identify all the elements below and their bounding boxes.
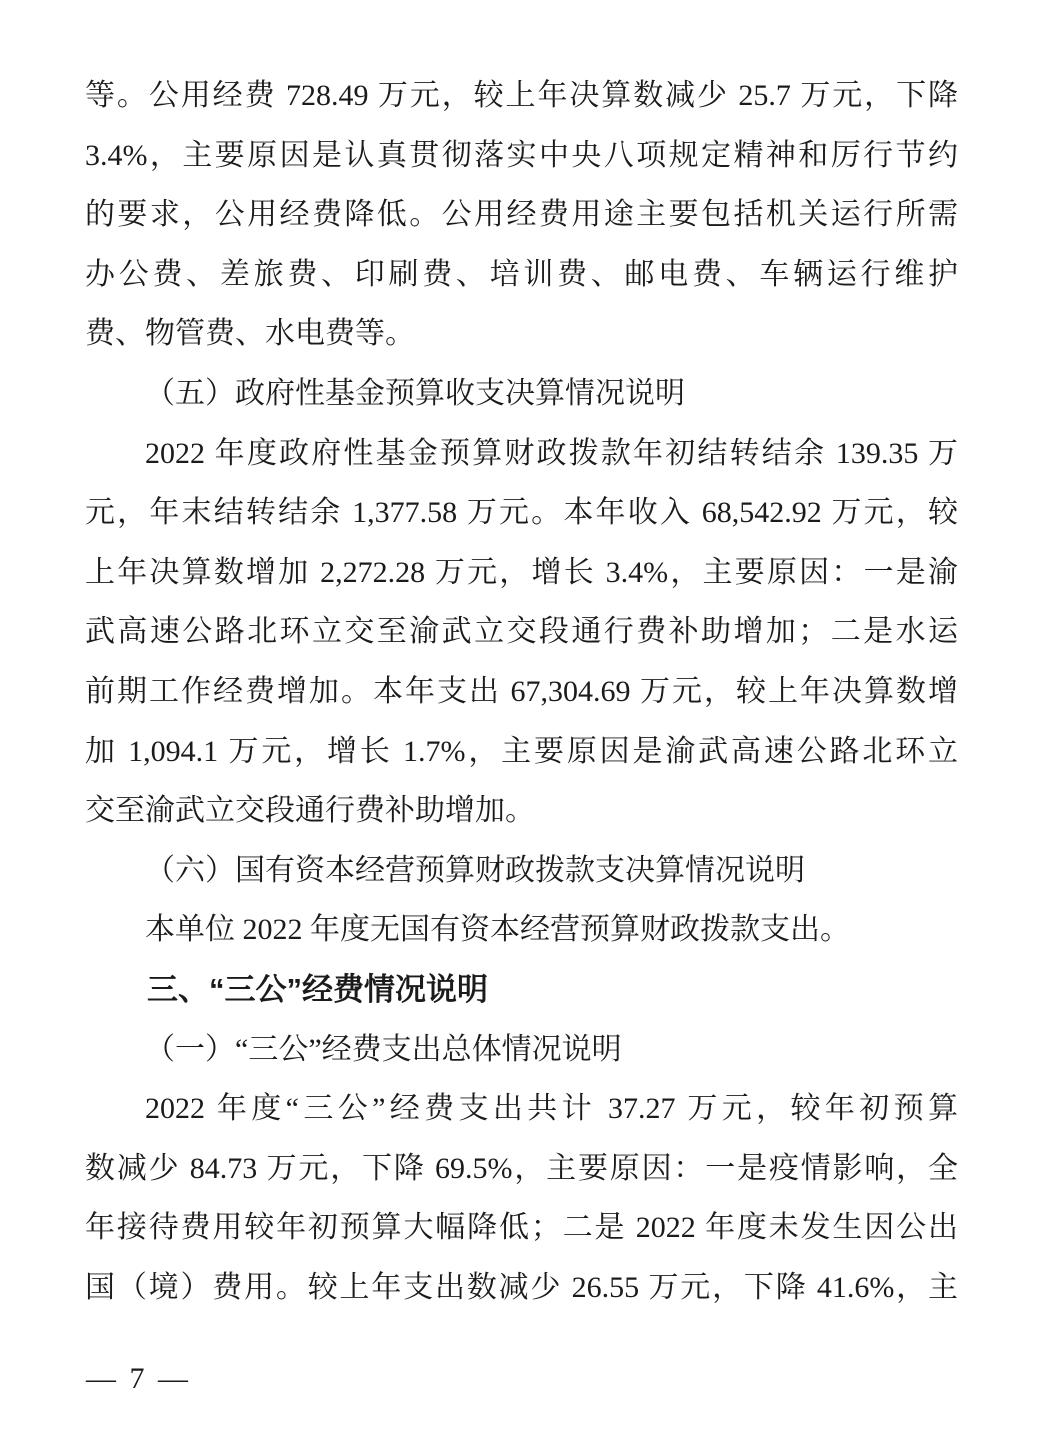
body-line: 的要求，公用经费降低。公用经费用途主要包括机关运行所需 (85, 185, 958, 245)
body-line: 本单位 2022 年度无国有资本经营预算财政拨款支出。 (85, 900, 958, 960)
page-number: — 7 — (86, 1362, 191, 1395)
body-line: 2022 年度政府性基金预算财政拨款年初结转结余 139.35 万 (85, 424, 958, 484)
body-line: 前期工作经费增加。本年支出 67,304.69 万元，较上年决算数增 (85, 662, 958, 722)
document-page: 等。公用经费 728.49 万元，较上年决算数减少 25.7 万元，下降 3.4… (0, 0, 1043, 1445)
body-line: 等。公用经费 728.49 万元，较上年决算数减少 25.7 万元，下降 (85, 66, 958, 126)
body-line: 办公费、差旅费、印刷费、培训费、邮电费、车辆运行维护 (85, 245, 958, 305)
document-body: 等。公用经费 728.49 万元，较上年决算数减少 25.7 万元，下降 3.4… (85, 66, 958, 1317)
body-line: 国（境）费用。较上年支出数减少 26.55 万元，下降 41.6%，主 (85, 1258, 958, 1318)
page-footer: — 7 — (86, 1358, 191, 1400)
section-heading-three: 三、“三公”经费情况说明 (85, 960, 958, 1020)
body-line: 2022 年度“三公”经费支出共计 37.27 万元，较年初预算 (85, 1079, 958, 1139)
body-line: 3.4%，主要原因是认真贯彻落实中央八项规定精神和厉行节约 (85, 126, 958, 186)
subsection-heading-one: （一）“三公”经费支出总体情况说明 (85, 1020, 958, 1080)
body-line: 元，年末结转结余 1,377.58 万元。本年收入 68,542.92 万元，较 (85, 483, 958, 543)
body-line: 数减少 84.73 万元，下降 69.5%，主要原因：一是疫情影响，全 (85, 1139, 958, 1199)
body-line: 上年决算数增加 2,272.28 万元，增长 3.4%，主要原因：一是渝 (85, 543, 958, 603)
body-line: 加 1,094.1 万元，增长 1.7%，主要原因是渝武高速公路北环立 (85, 722, 958, 782)
body-line: 年接待费用较年初预算大幅降低；二是 2022 年度未发生因公出 (85, 1198, 958, 1258)
body-line: 费、物管费、水电费等。 (85, 304, 958, 364)
body-line: 武高速公路北环立交至渝武立交段通行费补助增加；二是水运 (85, 602, 958, 662)
subsection-heading-six: （六）国有资本经营预算财政拨款支决算情况说明 (85, 841, 958, 901)
body-line: 交至渝武立交段通行费补助增加。 (85, 781, 958, 841)
subsection-heading-five: （五）政府性基金预算收支决算情况说明 (85, 364, 958, 424)
